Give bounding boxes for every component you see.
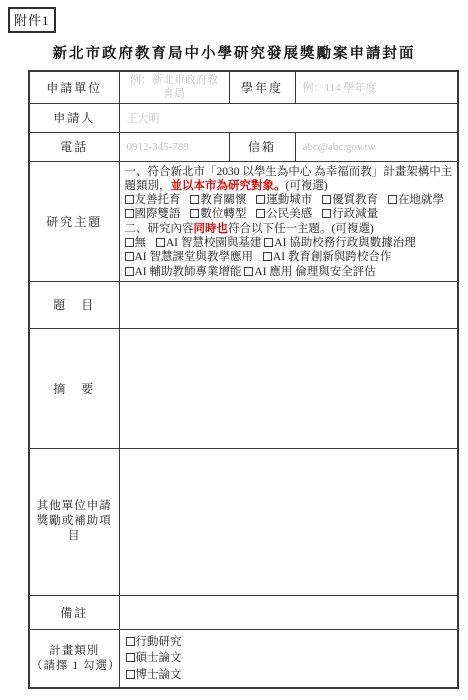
remarks-field[interactable]	[119, 595, 458, 629]
applicant-unit-label: 申請單位	[29, 71, 119, 103]
topic-group2-line3: AI 輔助教師專業增能 AI 應用 倫理與安全評估	[125, 265, 454, 279]
title-label: 題 目	[29, 281, 119, 328]
checkbox-option[interactable]: 碩士論文	[126, 650, 452, 667]
checkbox-icon	[125, 267, 134, 276]
checkbox-option[interactable]: AI 應用 倫理與安全評估	[244, 265, 375, 279]
checkbox-option[interactable]: 優質教育	[322, 193, 378, 207]
email-label: 信箱	[229, 132, 295, 161]
row-applicant-unit: 申請單位 例：新北市政府教育局 學年度 例：114 學年度	[29, 71, 458, 103]
checkbox-icon	[263, 252, 272, 261]
research-topic-label: 研究主題	[29, 161, 119, 281]
checkbox-option[interactable]: AI 教育創新與跨校合作	[263, 250, 392, 264]
school-year-field[interactable]: 例：114 學年度	[295, 71, 458, 103]
row-title: 題 目	[29, 281, 458, 328]
remarks-label: 備註	[29, 595, 119, 629]
phone-field[interactable]: 0912-345-789	[119, 132, 229, 161]
application-form-table: 申請單位 例：新北市政府教育局 學年度 例：114 學年度 申請人 王大明 電話…	[28, 70, 459, 689]
checkbox-option[interactable]: 無	[125, 236, 147, 250]
checkbox-icon	[264, 238, 273, 247]
checkbox-icon	[125, 238, 134, 247]
checkbox-option[interactable]: 教育關懷	[190, 193, 246, 207]
checkbox-option[interactable]: 行政減量	[322, 207, 378, 221]
checkbox-option[interactable]: AI 智慧課堂與教學應用	[125, 250, 254, 264]
checkbox-option[interactable]: AI 輔助教師專業增能	[125, 265, 242, 279]
checkbox-option[interactable]: 博士論文	[126, 667, 452, 684]
applicant-unit-field[interactable]: 例：新北市政府教育局	[119, 71, 229, 103]
phone-label: 電話	[29, 132, 119, 161]
applicant-label: 申請人	[29, 103, 119, 132]
checkbox-option[interactable]: 運動城市	[256, 193, 312, 207]
topic-group1-line1: 友善托育 教育關懷 運動城市 優質教育 在地就學	[125, 193, 454, 207]
checkbox-icon	[322, 209, 331, 218]
row-phone-email: 電話 0912-345-789 信箱 abc@abc.gov.tw	[29, 132, 458, 161]
topic-instruction-2: 二、研究內容同時也符合以下任一主題。(可複選)	[125, 222, 454, 236]
checkbox-icon	[190, 209, 199, 218]
row-remarks: 備註	[29, 595, 458, 629]
email-field[interactable]: abc@abc.gov.tw	[295, 132, 458, 161]
abstract-label: 摘 要	[29, 328, 119, 448]
red-emphasis-text: 並以本市為研究對象。	[171, 180, 286, 192]
topic-group2-line1: 無 AI 智慧校園與基建 AI 協助校務行政與數據治理	[125, 236, 454, 250]
topic-group1-line2: 國際雙語 數位轉型 公民美感 行政減量	[125, 207, 454, 221]
checkbox-option[interactable]: 數位轉型	[190, 207, 246, 221]
checkbox-icon	[244, 267, 253, 276]
checkbox-option[interactable]: 行動研究	[126, 634, 452, 651]
checkbox-icon	[256, 209, 265, 218]
applicant-field[interactable]: 王大明	[119, 103, 458, 132]
checkbox-icon	[126, 670, 135, 679]
school-year-label: 學年度	[229, 71, 295, 103]
checkbox-icon	[190, 195, 199, 204]
checkbox-icon	[125, 209, 134, 218]
checkbox-icon	[156, 238, 165, 247]
checkbox-icon	[125, 252, 134, 261]
checkbox-option[interactable]: AI 協助校務行政與數據治理	[264, 236, 416, 250]
plan-category-label: 計畫類別 （請擇 1 勾選）	[29, 629, 119, 688]
other-unit-field[interactable]	[119, 448, 458, 595]
checkbox-option[interactable]: 友善托育	[125, 193, 181, 207]
title-field[interactable]	[119, 281, 458, 328]
checkbox-option[interactable]: 國際雙語	[125, 207, 181, 221]
red-emphasis-text: 同時也	[194, 223, 229, 235]
checkbox-icon	[126, 653, 135, 662]
checkbox-icon	[322, 195, 331, 204]
research-topic-content: 一、符合新北市「2030 以學生為中心 為幸福而教」計畫架構中主題類別，並以本市…	[119, 161, 458, 281]
attachment-label: 附件1	[8, 7, 56, 33]
row-other-unit: 其他單位申請 獎勵或補助項目	[29, 448, 458, 595]
checkbox-icon	[388, 195, 397, 204]
checkbox-option[interactable]: 在地就學	[388, 193, 444, 207]
topic-instruction-1: 一、符合新北市「2030 以學生為中心 為幸福而教」計畫架構中主題類別，並以本市…	[125, 165, 454, 194]
other-unit-label: 其他單位申請 獎勵或補助項目	[29, 448, 119, 595]
checkbox-icon	[125, 195, 134, 204]
checkbox-icon	[126, 637, 135, 646]
page-title: 新北市政府教育局中小學研究發展獎勵案申請封面	[0, 42, 468, 63]
row-abstract: 摘 要	[29, 328, 458, 448]
row-applicant: 申請人 王大明	[29, 103, 458, 132]
abstract-field[interactable]	[119, 328, 458, 448]
topic-group2-line2: AI 智慧課堂與教學應用 AI 教育創新與跨校合作	[125, 250, 454, 264]
checkbox-option[interactable]: 公民美感	[256, 207, 312, 221]
row-plan-category: 計畫類別 （請擇 1 勾選） 行動研究 碩士論文 博士論文	[29, 629, 458, 688]
checkbox-option[interactable]: AI 智慧校園與基建	[156, 236, 262, 250]
row-research-topic: 研究主題 一、符合新北市「2030 以學生為中心 為幸福而教」計畫架構中主題類別…	[29, 161, 458, 281]
plan-category-options: 行動研究 碩士論文 博士論文	[119, 629, 458, 688]
document-page: 附件1 新北市政府教育局中小學研究發展獎勵案申請封面 申請單位 例：新北市政府教…	[0, 0, 468, 700]
checkbox-icon	[256, 195, 265, 204]
